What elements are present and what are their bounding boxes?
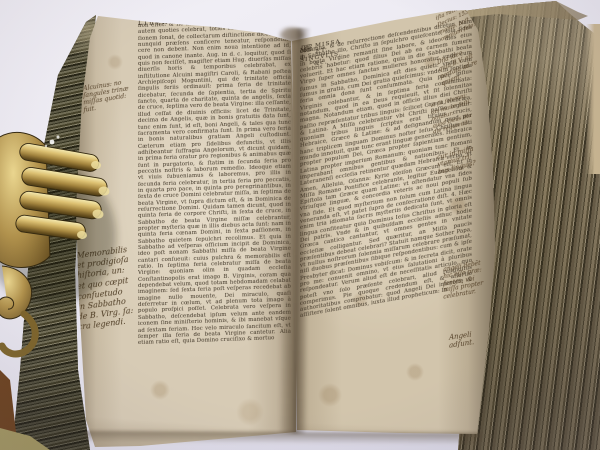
cover-board-edge: [586, 24, 600, 174]
marginalia-alcuinus-note: Alcuinus: no ſangules trinæ miſſas quoti…: [83, 78, 129, 113]
left-body-text: non eſſet: & ſic illa miſſa impedimentum…: [138, 18, 291, 359]
specular-sparkle: [45, 136, 60, 148]
gutter-shadow: [279, 28, 311, 434]
clasp-scroll-tail: [2, 314, 35, 354]
marginalia-angeli-adsunt-note: Angeli adſunt.: [449, 330, 474, 350]
page-bottom-shadow: [86, 431, 482, 445]
brass-hand-clasp: [0, 116, 126, 364]
marginalia-angeli-note: angeli debēt hic eſſe præ: ſentes, vbi m…: [443, 260, 483, 302]
left-page-print-block: LIBER IV. non eſſet: & ſic illa miſſa im…: [138, 15, 291, 20]
antique-book-photo: LIBER IV. non eſſet: & ſic illa miſſa im…: [0, 0, 600, 450]
